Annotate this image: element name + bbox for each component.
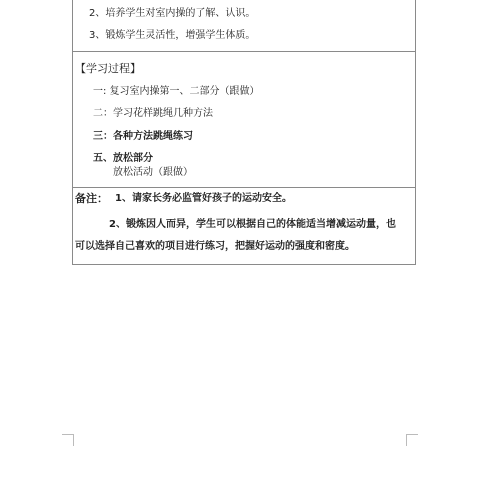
process-step-3: 三：各种方法跳绳练习: [93, 131, 193, 143]
lesson-table: 2、培养学生对室内操的了解、认识。 3、锻炼学生灵活性，增强学生体质。 【学习过…: [72, 0, 416, 265]
row-divider: [73, 187, 415, 188]
note-2-line2: 可以选择自己喜欢的项目进行练习，把握好运动的强度和密度。: [75, 241, 355, 253]
note-1: 1、请家长务必监管好孩子的运动安全。: [115, 193, 292, 205]
note-2-line1: 2、锻炼因人而异，学生可以根据自己的体能适当增减运动量，也: [109, 219, 396, 231]
objective-3: 3、锻炼学生灵活性，增强学生体质。: [89, 30, 255, 42]
process-heading: 【学习过程】: [75, 63, 141, 75]
process-step-1: 一: 复习室内操第一、二部分（跟做）: [93, 86, 260, 98]
process-step-5-detail: 放松活动（跟做）: [113, 167, 193, 179]
page-corner-mark-right: [406, 434, 418, 446]
process-step-5: 五、放松部分: [93, 153, 153, 165]
row-divider: [73, 51, 415, 52]
objective-2: 2、培养学生对室内操的了解、认识。: [89, 8, 255, 20]
notes-label: 备注：: [75, 193, 108, 205]
page-corner-mark-left: [62, 434, 74, 446]
process-step-2: 二：学习花样跳绳几种方法: [93, 108, 213, 120]
